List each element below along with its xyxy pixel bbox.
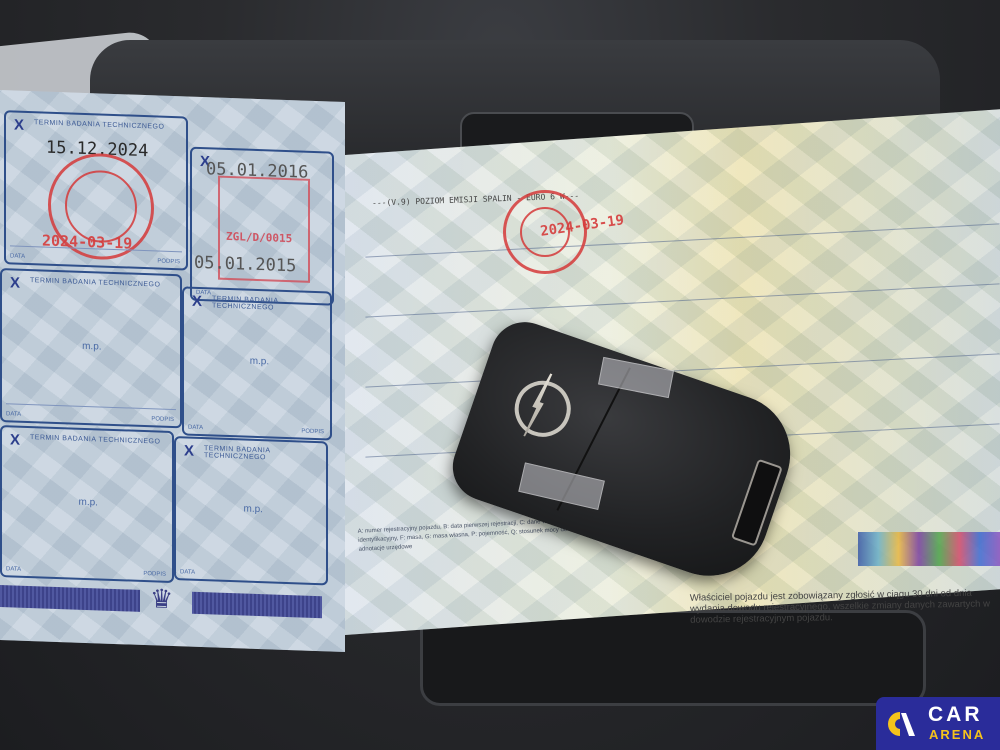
box-label: TERMIN BADANIA TECHNICZNEGO <box>212 295 330 313</box>
signature-label: PODPIS <box>301 429 324 436</box>
car-arena-logo-icon <box>886 709 916 739</box>
box-mark: X <box>10 274 20 291</box>
inspection-box-6: X TERMIN BADANIA TECHNICZNEGO m.p. DATA <box>174 436 328 585</box>
box-label: TERMIN BADANIA TECHNICZNEGO <box>30 277 160 289</box>
box-mark: X <box>192 293 202 310</box>
eagle-emblem-icon: ♛ <box>150 583 173 615</box>
inspection-box-4: X TERMIN BADANIA TECHNICZNEGO m.p. DATA … <box>182 286 332 440</box>
box-label: TERMIN BADANIA TECHNICZNEGO <box>34 119 164 131</box>
inspection-box-5: X TERMIN BADANIA TECHNICZNEGO m.p. DATA … <box>0 425 174 583</box>
seal-placeholder: m.p. <box>79 496 98 508</box>
hologram-sticker <box>858 532 1000 566</box>
date-label: DATA <box>6 566 21 573</box>
inspection-box-2: X 05.01.2016 ZGL/D/0015 05.01.2015 DATA <box>190 147 334 306</box>
inspection-box-3: X TERMIN BADANIA TECHNICZNEGO m.p. DATA … <box>0 268 182 428</box>
signature-label: PODPIS <box>157 258 180 265</box>
station-code: ZGL/D/0015 <box>226 230 292 245</box>
date-label: DATA <box>10 253 25 260</box>
brand-word-arena: ARENA <box>929 727 985 742</box>
date-label: DATA <box>180 569 195 576</box>
owner-notice: Właściciel pojazdu jest zobowiązany zgło… <box>690 587 1000 625</box>
inspection-box-1: X TERMIN BADANIA TECHNICZNEGO 15.12.2024… <box>4 110 188 270</box>
guilloche-band-left <box>0 585 140 612</box>
signature-label: PODPIS <box>143 571 166 578</box>
car-arena-watermark: CAR ARENA <box>876 697 1000 750</box>
box-label: TERMIN BADANIA TECHNICZNEGO <box>204 445 326 463</box>
box-mark: X <box>184 442 194 459</box>
signature-label: PODPIS <box>151 416 174 423</box>
document-left-page: X TERMIN BADANIA TECHNICZNEGO 15.12.2024… <box>0 90 345 652</box>
box-mark: X <box>10 431 20 448</box>
signature-line <box>6 403 176 410</box>
seal-placeholder: m.p. <box>250 356 269 368</box>
brand-word-car: CAR <box>928 703 983 727</box>
box-mark: X <box>14 116 24 133</box>
handwritten-date-bottom: 05.01.2015 <box>194 253 296 277</box>
photo-scene: X TERMIN BADANIA TECHNICZNEGO 15.12.2024… <box>0 0 1000 750</box>
box-label: TERMIN BADANIA TECHNICZNEGO <box>30 434 160 446</box>
date-label: DATA <box>188 425 203 432</box>
seal-placeholder: m.p. <box>244 504 263 516</box>
opel-logo-icon <box>507 373 578 444</box>
seal-placeholder: m.p. <box>82 340 101 352</box>
date-label: DATA <box>6 411 21 418</box>
guilloche-band-right <box>192 592 322 619</box>
